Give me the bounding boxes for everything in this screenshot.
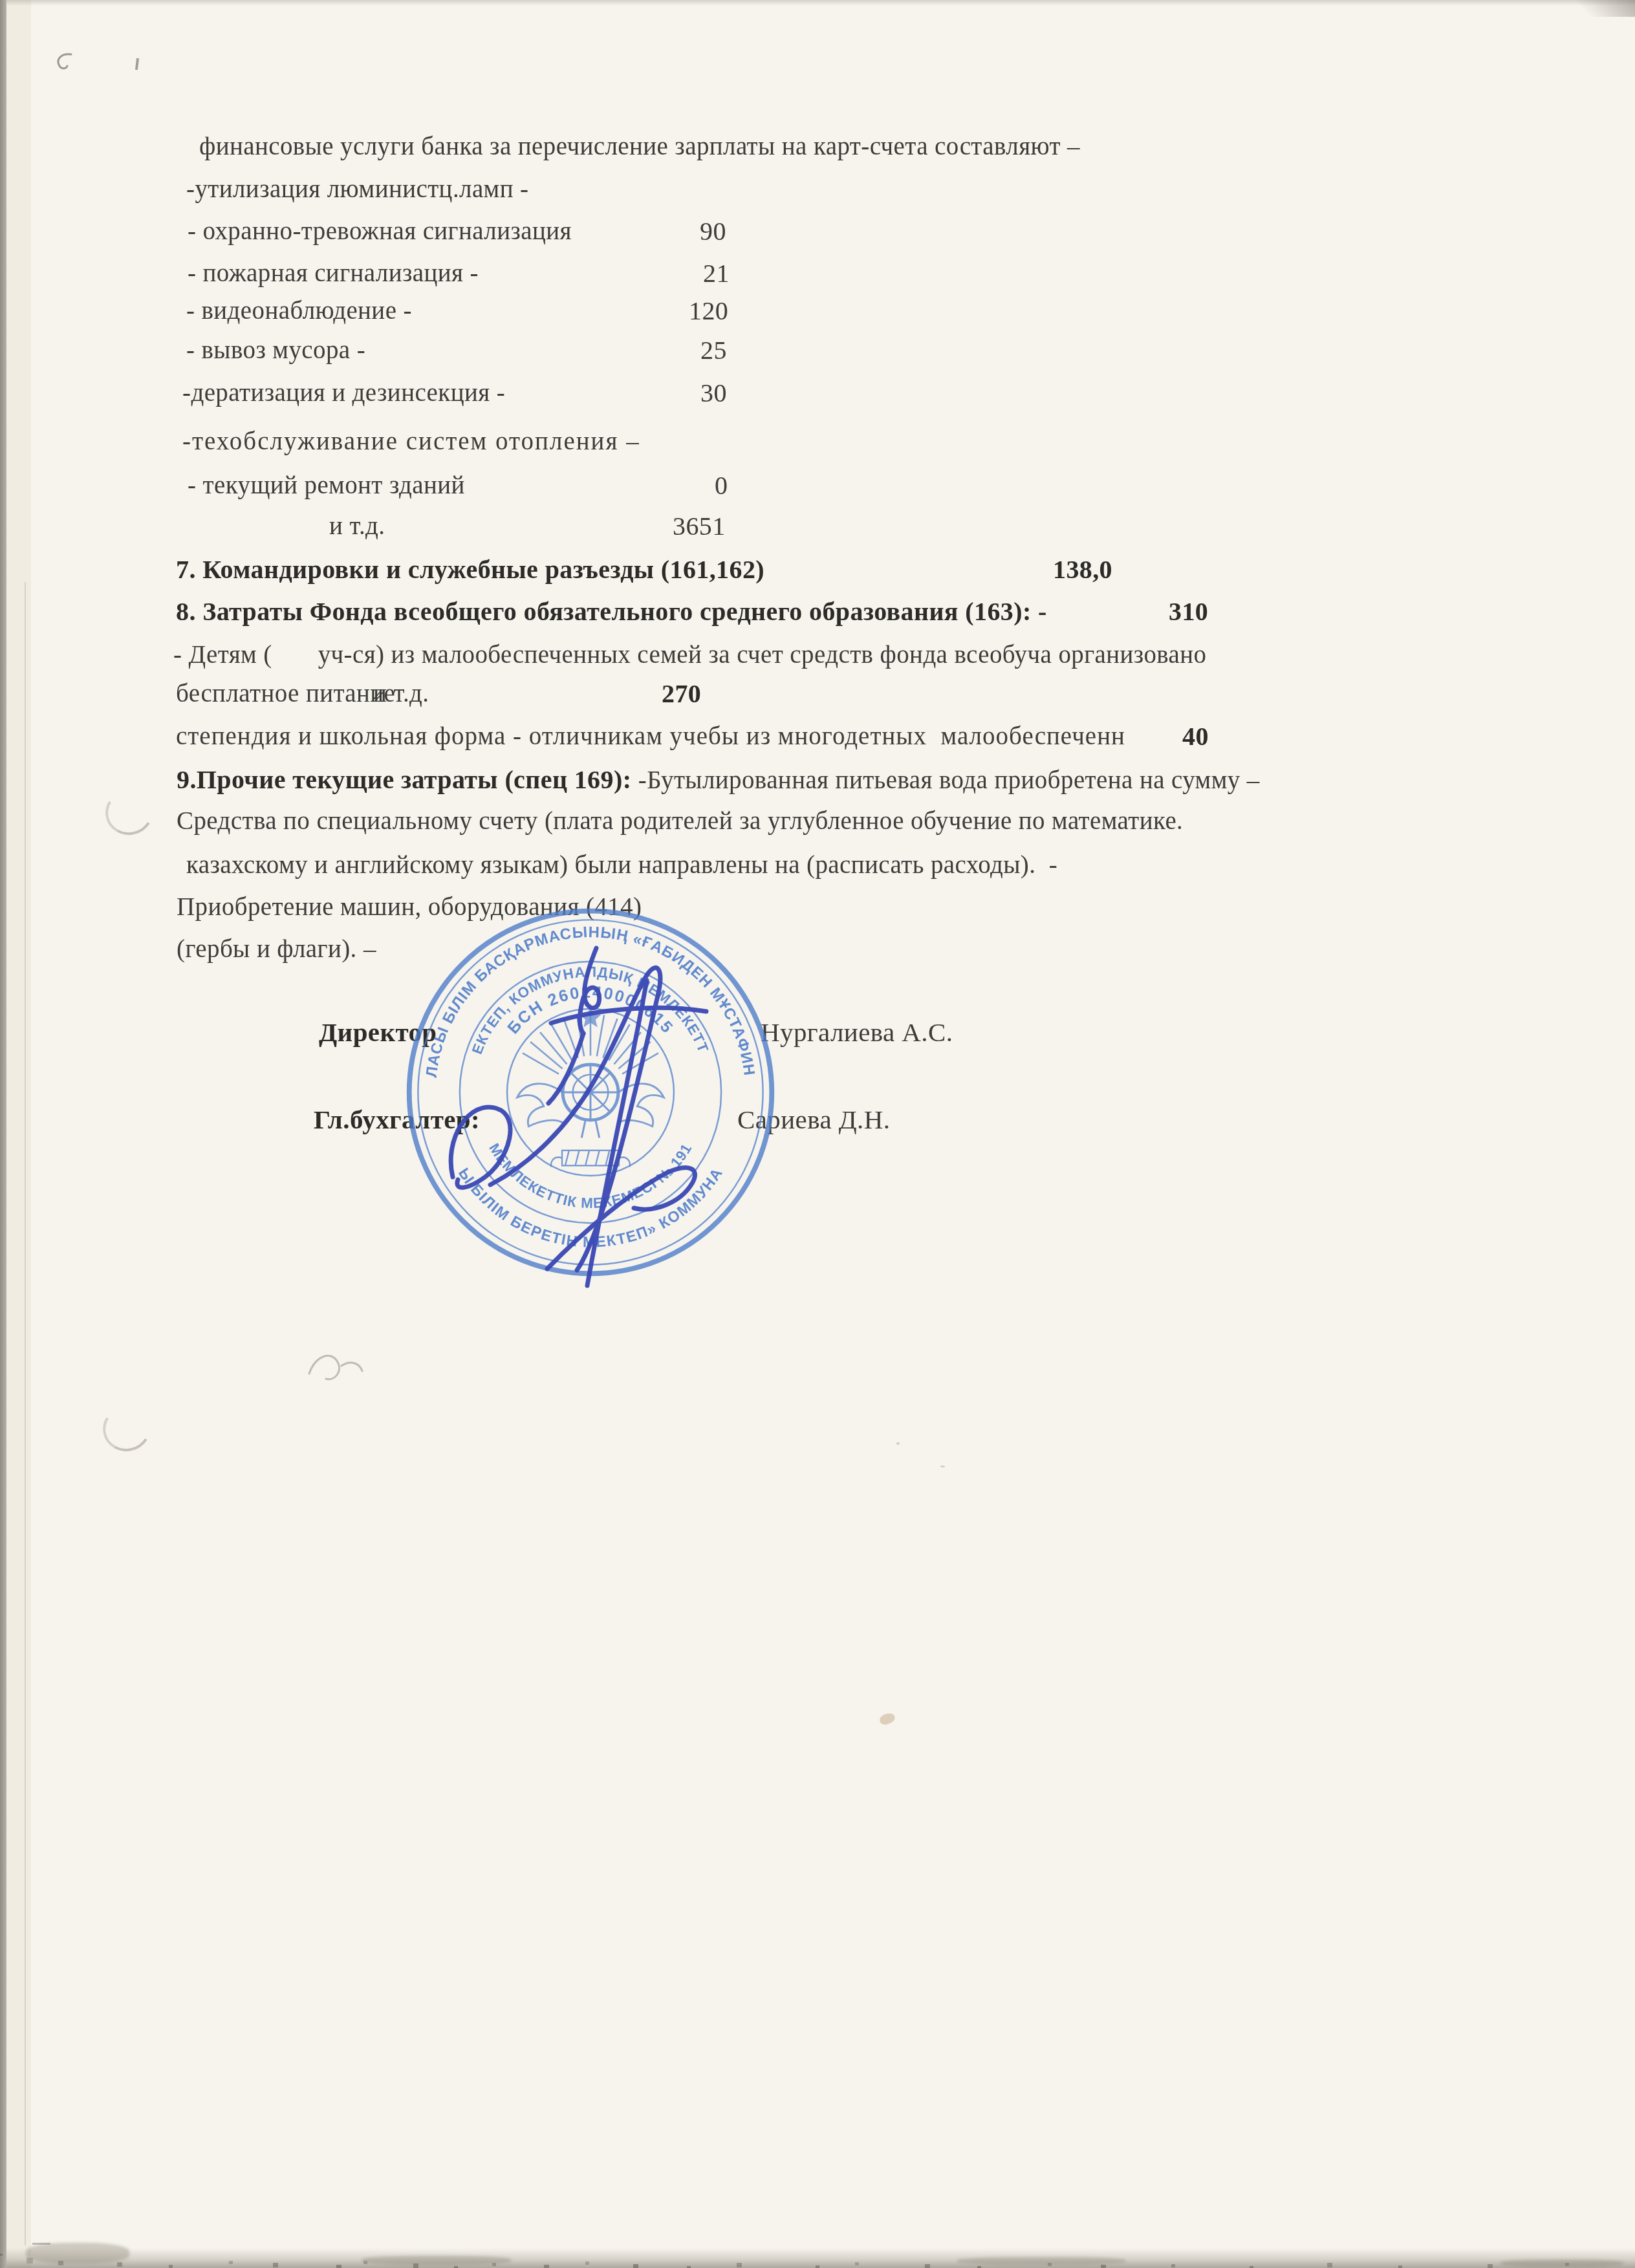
- doc-line-10: и т.д.3651: [0, 512, 1635, 544]
- doc-line-15: степендия и школьная форма - отличникам …: [0, 722, 1635, 754]
- line-value: 40: [1182, 722, 1209, 751]
- grime-speckles: [0, 2254, 3, 2256]
- line-value: 0: [715, 471, 728, 501]
- paper-dot: [940, 1465, 945, 1467]
- line-text: (гербы и флаги). –: [177, 934, 376, 964]
- doc-line-16: 9.Прочие текущие затраты (спец 169): -Бу…: [0, 765, 1635, 797]
- line-text-2: и т.д.: [373, 679, 429, 709]
- doc-line-11: 7. Командировки и служебные разъезды (16…: [0, 555, 1635, 587]
- doc-line-14: бесплатное питаниеи т.д.270: [0, 679, 1635, 711]
- line-text: - пожарная сигнализация -: [188, 259, 479, 288]
- line-text: - видеонаблюдение -: [186, 296, 412, 326]
- line-value: 120: [689, 296, 728, 326]
- doc-line-20: (гербы и флаги). –: [0, 934, 1635, 967]
- doc-line-5: - видеонаблюдение -120: [0, 296, 1635, 329]
- signatures-overlay: [388, 905, 815, 1332]
- line-value: 310: [1169, 597, 1208, 627]
- signatory-row-accountant: Гл.бухгалтер: Сариева Д.Н.: [0, 1105, 1635, 1137]
- line-text: -дератизация и дезинсекция -: [182, 378, 505, 408]
- pencil-scribble: [304, 1346, 369, 1389]
- line-text: - текущий ремонт зданий: [188, 471, 465, 501]
- doc-line-17: Средства по специальному счету (плата ро…: [0, 806, 1635, 839]
- line-text: Средства по специальному счету (плата ро…: [177, 806, 1183, 836]
- doc-line-1: финансовые услуги банка за перечисление …: [0, 132, 1635, 164]
- paper-dot: [896, 1442, 900, 1445]
- doc-line-18: казахскому и английскому языкам) были на…: [0, 850, 1635, 883]
- doc-line-12: 8. Затраты Фонда всеобщего обязательного…: [0, 597, 1635, 629]
- line-value: 25: [700, 336, 727, 365]
- paper-stain: [879, 1712, 896, 1726]
- line-text: казахскому и английскому языкам) были на…: [186, 850, 1057, 880]
- line-text: и т.д.: [329, 512, 385, 541]
- doc-line-19: Приобретение машин, оборудования (414): [0, 892, 1635, 925]
- grime-smudge: [26, 2243, 129, 2263]
- line-value: 21: [703, 259, 730, 288]
- scanner-edge-top: [0, 0, 1635, 6]
- ink-speck: [52, 52, 78, 74]
- doc-line-6: - вывоз мусора -25: [0, 336, 1635, 368]
- line-text: - Детям ( уч-ся) из малообеспеченных сем…: [173, 640, 1207, 670]
- doc-line-13: - Детям ( уч-ся) из малообеспеченных сем…: [0, 640, 1635, 673]
- line-value: 270: [662, 679, 701, 709]
- line-value: 138,0: [1053, 555, 1112, 585]
- scanner-corner-shadow: [1564, 0, 1635, 17]
- line-value: 90: [700, 217, 726, 246]
- line-text: - охранно-тревожная сигнализация: [188, 217, 572, 246]
- line-text-rest: -Бутылированная питьевая вода приобретен…: [638, 766, 1260, 794]
- grime-smudge: [1500, 2260, 1623, 2267]
- doc-line-9: - текущий ремонт зданий0: [0, 471, 1635, 503]
- line-bold-prefix: 9.Прочие текущие затраты (спец 169):: [177, 765, 638, 794]
- line-text: финансовые услуги банка за перечисление …: [199, 132, 1080, 162]
- grime-smudge: [957, 2257, 1125, 2265]
- doc-line-4: - пожарная сигнализация -21: [0, 259, 1635, 291]
- line-text: 7. Командировки и служебные разъезды (16…: [176, 555, 764, 585]
- doc-line-2: -утилизация люминистц.ламп -: [0, 175, 1635, 207]
- ink-speck: [135, 58, 139, 70]
- line-text: -утилизация люминистц.ламп -: [186, 175, 529, 204]
- line-value: 3651: [673, 512, 726, 541]
- hole-punch-mark-bottom: [98, 1401, 156, 1456]
- line-text: степендия и школьная форма - отличникам …: [176, 722, 1125, 751]
- doc-line-3: - охранно-тревожная сигнализация90: [0, 217, 1635, 249]
- line-text: 9.Прочие текущие затраты (спец 169): -Бу…: [177, 765, 1260, 795]
- signatory-row-director: Директор Нургалиева А.С.: [0, 1017, 1635, 1050]
- line-value: 30: [700, 378, 727, 408]
- scanned-document-page: { "document": { "lines": [ {"text": "фин…: [0, 0, 1635, 2268]
- doc-line-7: -дератизация и дезинсекция -30: [0, 378, 1635, 411]
- line-text: 8. Затраты Фонда всеобщего обязательного…: [176, 597, 1047, 627]
- line-text: - вывоз мусора -: [186, 336, 365, 365]
- line-text: -техобслуживание систем отопления –: [182, 427, 640, 457]
- doc-line-8: -техобслуживание систем отопления –: [0, 427, 1635, 459]
- grime-smudge: [362, 2256, 511, 2265]
- scanner-grime-band: [0, 2248, 1635, 2268]
- line-text: бесплатное питание: [176, 679, 395, 709]
- scanner-edge-left: [0, 0, 6, 2268]
